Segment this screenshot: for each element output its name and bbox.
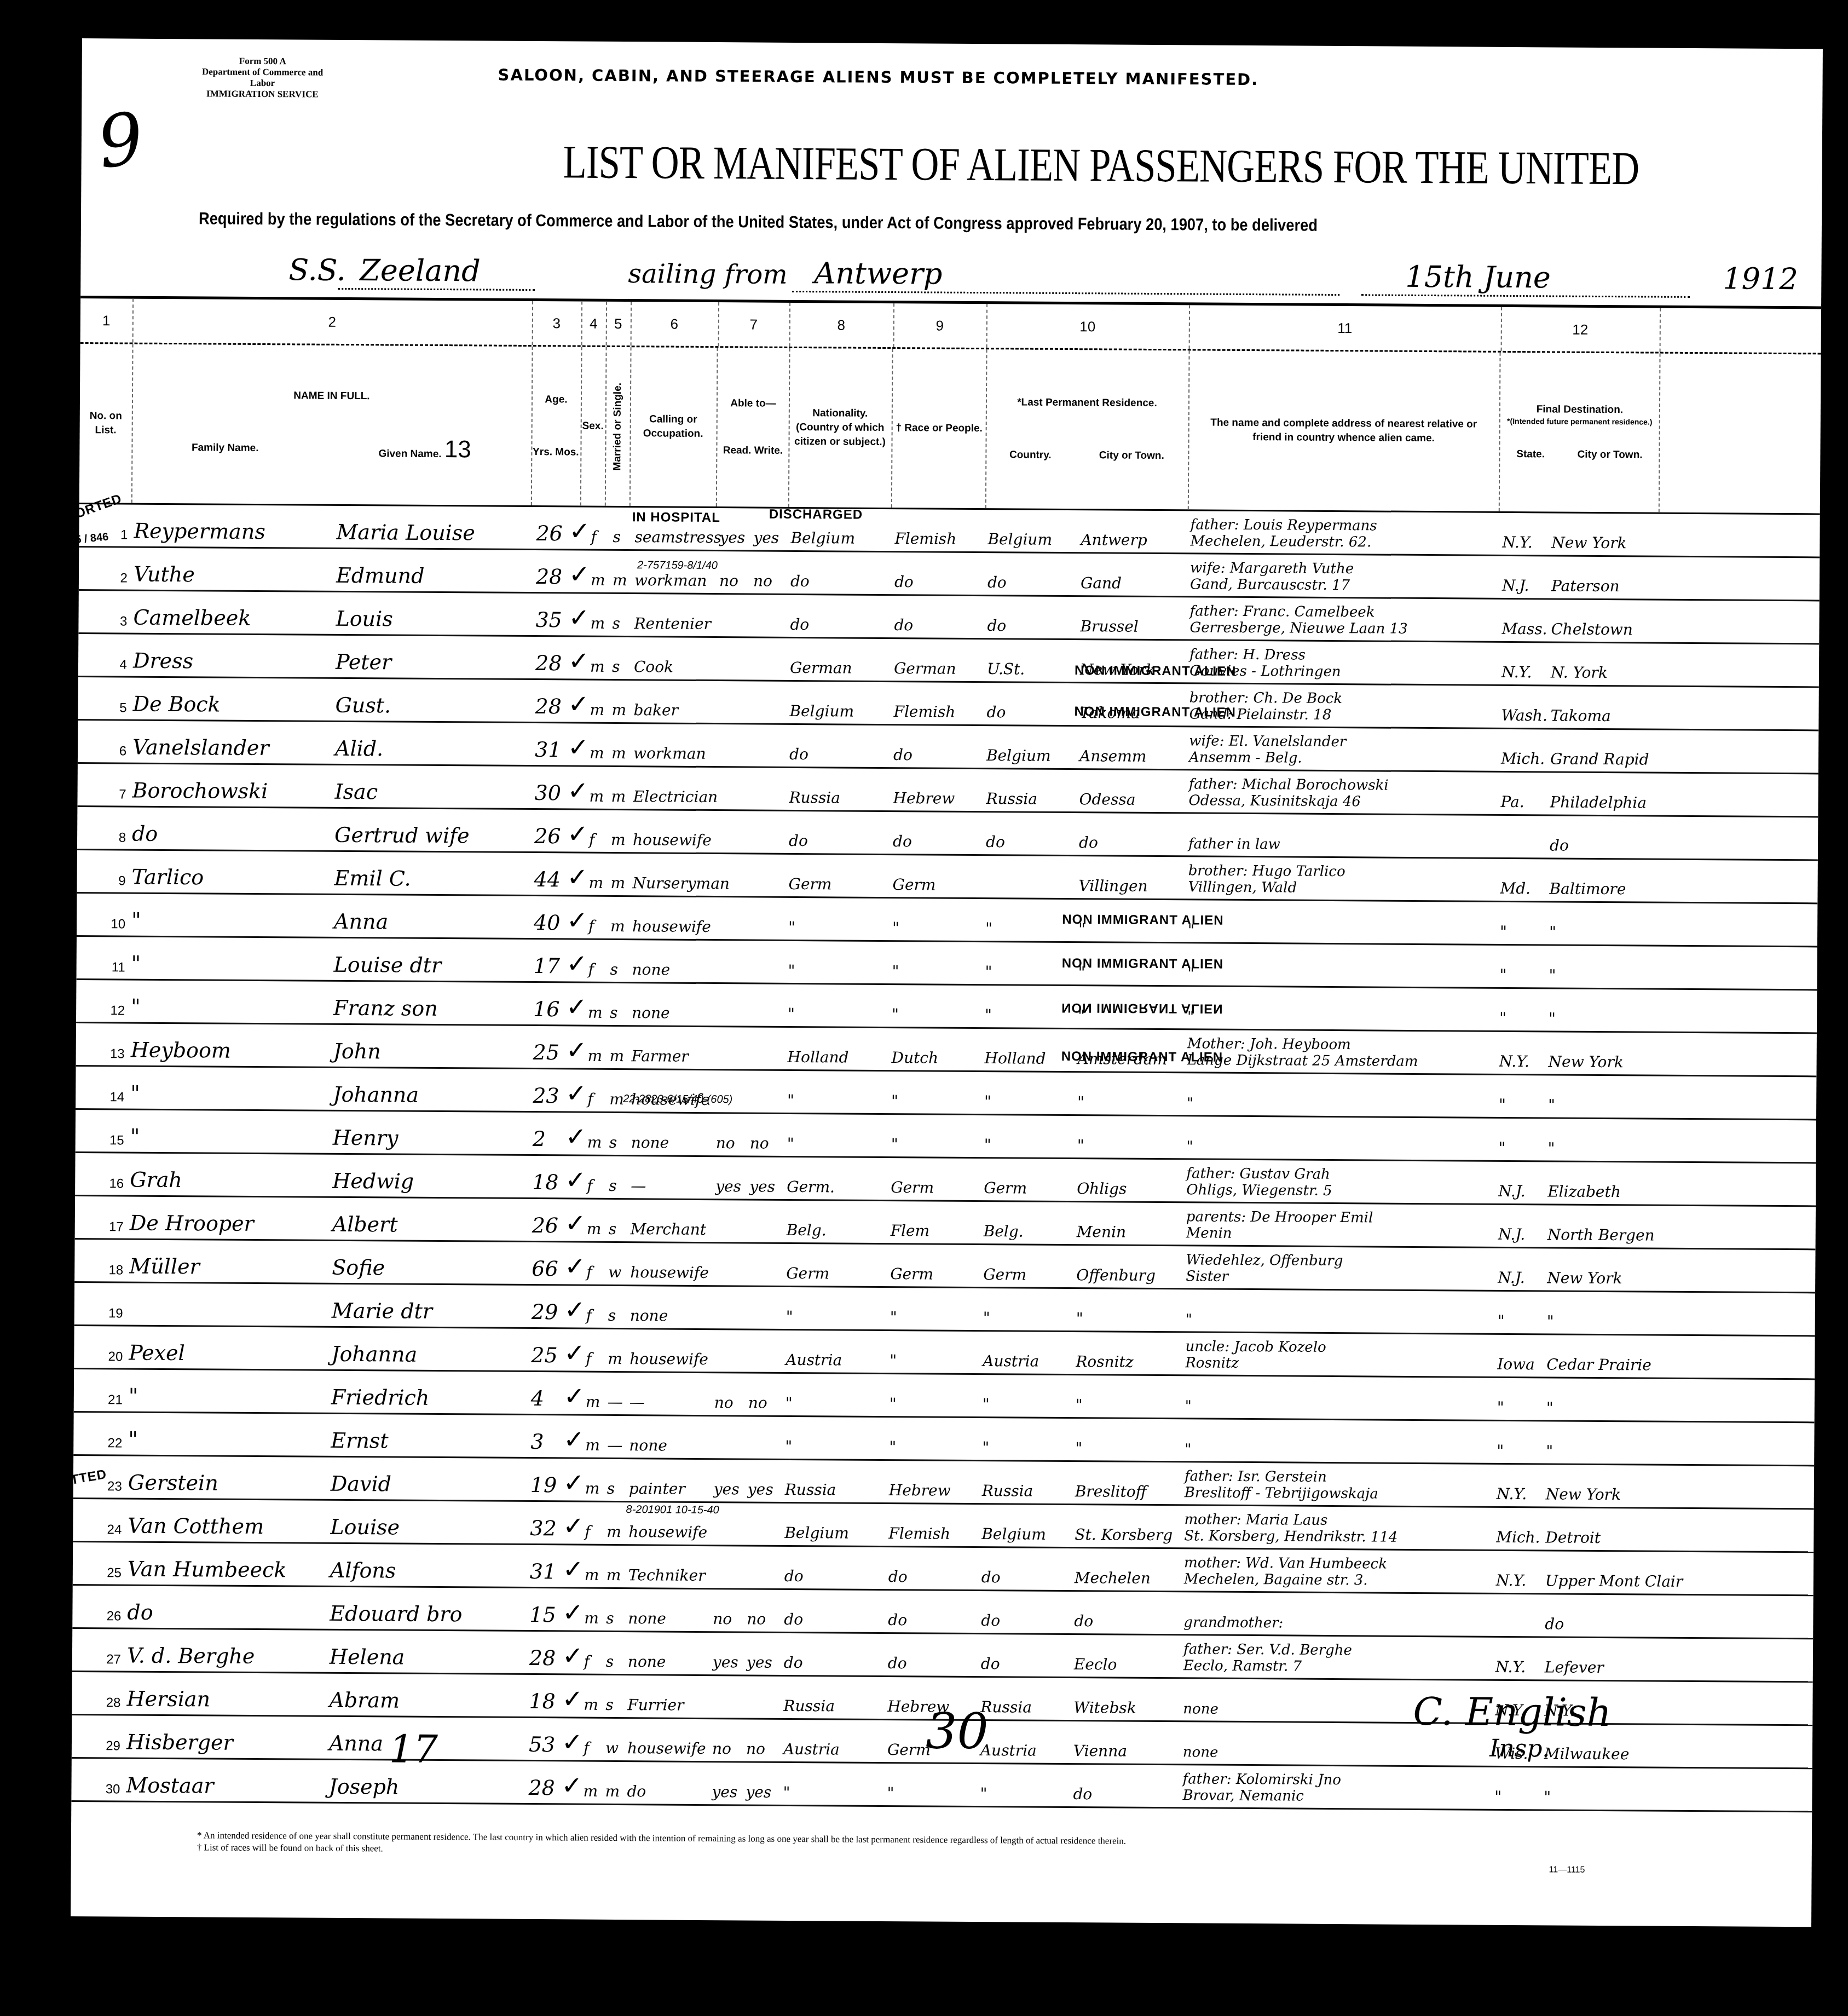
destination-city: do: [1550, 816, 1659, 858]
checkmark-icon: ✓: [565, 1113, 587, 1154]
given-name: Albert: [332, 1198, 524, 1241]
destination-state: Mich.: [1496, 1508, 1540, 1550]
destination-state: ": [1499, 1119, 1543, 1160]
can-read: [714, 1416, 747, 1458]
race: Flemish: [888, 1504, 979, 1546]
residence-country: Belgium: [986, 726, 1079, 768]
col-num: 5: [606, 302, 632, 345]
residence-country: Belgium: [981, 1505, 1075, 1547]
marital-status: —: [608, 1373, 627, 1414]
sex: m: [590, 637, 609, 679]
row-number: 13: [76, 1023, 128, 1065]
can-write: [753, 638, 786, 680]
row-number: 4: [78, 634, 130, 676]
checkmark-icon: ✓: [563, 1502, 585, 1543]
nearest-relative: ": [1185, 1376, 1494, 1419]
passenger-rows: 1 Reypermans Maria Louise 26 ✓ f s seams…: [71, 504, 1820, 1812]
header-married-single: Married or Single.: [605, 347, 632, 506]
nearest-relative: father: Gustav GrahOhligs, Wiegenstr. 5: [1186, 1160, 1495, 1203]
can-read: [715, 1287, 748, 1328]
marital-status: m: [605, 1762, 624, 1804]
row-number: 30: [71, 1759, 123, 1801]
residence-city: ": [1076, 1375, 1182, 1418]
destination-city: New York: [1551, 513, 1661, 555]
relative-line: father: Ser. V.d. Berghe: [1183, 1641, 1352, 1658]
checkmark-icon: ✓: [565, 1069, 587, 1111]
nationality: Germ.: [787, 1157, 888, 1200]
family-name: Grah: [130, 1154, 327, 1196]
relative-line: mother: Wd. Van Humbeeck: [1184, 1554, 1387, 1572]
residence-country: Belgium: [987, 510, 1081, 552]
can-write: [753, 595, 786, 637]
destination-city: Lefever: [1545, 1638, 1654, 1680]
discharged-stamp: DISCHARGED: [769, 507, 863, 523]
race: ": [892, 985, 982, 1027]
destination-state: N.J.: [1502, 556, 1546, 598]
race: ": [892, 898, 983, 941]
sex: f: [588, 940, 607, 982]
given-name: Isac: [334, 765, 526, 808]
residence-city: ": [1077, 1116, 1184, 1158]
destination-city: ": [1544, 1767, 1653, 1810]
destination-state: Wash.: [1501, 686, 1545, 728]
can-write: [752, 768, 784, 810]
can-read: yes: [712, 1762, 744, 1804]
checkmark-icon: ✓: [569, 507, 591, 549]
residence-country: Germ: [984, 1159, 1077, 1201]
sex: m: [585, 1416, 604, 1458]
relative-line: Villingen, Wald: [1188, 879, 1297, 896]
row-number: 19: [74, 1283, 126, 1325]
destination-city: ": [1548, 1119, 1658, 1161]
destination-city: Takoma: [1550, 686, 1660, 728]
sex: m: [585, 1459, 604, 1501]
given-name: Gertrud wife: [334, 809, 526, 851]
destination-city: Cedar Prairie: [1546, 1335, 1656, 1377]
nationality: Belgium: [789, 682, 891, 724]
destination-state: ": [1499, 1075, 1543, 1117]
residence-city: Ohligs: [1077, 1159, 1183, 1201]
department-name: Department of Commerce and Labor: [191, 66, 333, 89]
destination-state: N.J.: [1498, 1205, 1542, 1247]
occupation: —: [630, 1373, 712, 1415]
checkmark-icon: ✓: [562, 1718, 584, 1760]
relative-line: Eeclo, Ramstr. 7: [1183, 1657, 1302, 1674]
race: ": [891, 1115, 981, 1157]
destination-city: ": [1546, 1378, 1656, 1420]
nationality: Germ: [786, 1244, 887, 1286]
race: ": [889, 1418, 979, 1460]
occupation: do: [627, 1762, 709, 1804]
sex: f: [591, 508, 610, 549]
can-read: no: [712, 1719, 745, 1761]
sex: m: [588, 854, 608, 895]
non-immigrant-stamp: NON IMMIGRANT ALIEN: [1062, 956, 1224, 972]
can-write: [747, 1503, 780, 1545]
residence-city: Odessa: [1079, 770, 1186, 812]
row-number: 6: [78, 721, 130, 763]
family-name: [129, 1283, 326, 1326]
marital-status: s: [608, 1286, 627, 1328]
occupation: none: [628, 1589, 710, 1631]
family-name: Van Cotthem: [128, 1500, 325, 1542]
sex: m: [586, 1373, 605, 1414]
sex: f: [588, 897, 608, 938]
marital-status: s: [609, 1200, 628, 1241]
relative-line: ": [1187, 1138, 1193, 1155]
race: Flemish: [893, 682, 984, 724]
sex: m: [590, 681, 609, 722]
nearest-relative: father: Louis ReypermansMechelen, Leuder…: [1190, 511, 1499, 554]
relative-line: Menin: [1186, 1225, 1232, 1242]
checkmark-icon: ✓: [563, 1459, 585, 1500]
destination-state: ": [1499, 946, 1543, 987]
family-name: do: [127, 1586, 324, 1629]
inspector-signature: C. English Insp.: [1413, 1689, 1612, 1763]
header-no-on-list: No. on List.: [79, 344, 134, 503]
relative-line: wife: Margareth Vuthe: [1190, 560, 1354, 577]
marital-status: m: [611, 724, 631, 765]
residence-country: do: [981, 1548, 1075, 1590]
residence-country: do: [986, 683, 1079, 725]
date-rule: [1361, 294, 1690, 298]
row-number: 10: [77, 894, 129, 936]
residence-city: Gand: [1081, 554, 1187, 596]
form-number: Form 500 A: [192, 55, 334, 67]
can-write: [750, 941, 783, 982]
destination-state: Md.: [1500, 859, 1544, 901]
destination-state: N.Y.: [1499, 1032, 1543, 1074]
marital-status: m: [611, 767, 630, 809]
non-immigrant-stamp: NON IMMIGRANT ALIEN: [1062, 912, 1224, 929]
row-number: 18: [74, 1240, 126, 1282]
residence-country: [985, 856, 1078, 898]
marital-status: s: [610, 983, 629, 1025]
row-number: 28: [72, 1672, 124, 1714]
family-name: Vanelslander: [132, 721, 330, 764]
destination-state: ": [1499, 989, 1543, 1030]
can-read: [718, 768, 750, 809]
can-read: [717, 854, 750, 896]
can-write: [752, 682, 785, 723]
checkmark-icon: ✓: [562, 1675, 584, 1717]
checkmark-icon: ✓: [562, 1588, 584, 1630]
given-name: Peter: [336, 636, 527, 678]
checkmark-icon: ✓: [567, 767, 589, 808]
can-write: [750, 1070, 783, 1112]
can-read: [715, 1200, 748, 1242]
destination-city: do: [1545, 1594, 1654, 1637]
residence-city: Antwerp: [1081, 510, 1187, 552]
sheet-number: 9: [93, 96, 148, 185]
marital-status: s: [612, 637, 631, 679]
marital-status: m: [613, 551, 632, 592]
sex: m: [588, 1027, 607, 1068]
given-name: Gust.: [335, 679, 527, 722]
destination-state: N.Y.: [1502, 513, 1546, 555]
checkmark-icon: ✓: [568, 723, 590, 765]
row-number: 14: [76, 1067, 128, 1109]
marital-status: s: [606, 1632, 625, 1674]
row-number: 3: [78, 591, 130, 633]
residence-country: ": [983, 1288, 1076, 1330]
destination-state: [1495, 1594, 1539, 1636]
marital-status: s: [613, 508, 632, 549]
can-read: no: [714, 1373, 747, 1415]
destination-city: Baltimore: [1549, 859, 1659, 901]
destination-state: ": [1494, 1767, 1538, 1809]
checkmark-icon: ✓: [563, 1415, 585, 1457]
row-number: 26: [72, 1586, 124, 1628]
residence-city: ": [1077, 1073, 1184, 1115]
checkmark-icon: ✓: [564, 1329, 586, 1370]
destination-state: N.J.: [1498, 1248, 1541, 1290]
relative-line: father: Franc. Camelbeek: [1190, 603, 1375, 620]
row-number: 25: [73, 1542, 125, 1585]
residence-country: ": [983, 1375, 1076, 1417]
certificate-note: 22-2823-6/15/40-(605): [623, 1093, 732, 1106]
destination-city: Philadelphia: [1550, 773, 1659, 815]
given-name: Johanna: [333, 1068, 524, 1111]
checkmark-icon: ✓: [566, 983, 588, 1024]
relative-line: Breslitoff - Tebrijigowskaja: [1185, 1484, 1378, 1502]
family-name: ": [131, 894, 328, 937]
can-write: [749, 1200, 782, 1242]
given-name: Hedwig: [332, 1155, 524, 1197]
sex: m: [583, 1762, 602, 1804]
manifest-banner: SALOON, CABIN, AND STEERAGE ALIENS MUST …: [498, 66, 1259, 89]
relative-line: brother: Hugo Tarlico: [1188, 862, 1345, 880]
family-name: Borochowski: [132, 764, 329, 807]
destination-state: [1500, 816, 1544, 857]
residence-city: Brussel: [1080, 597, 1187, 639]
can-write: no: [746, 1719, 779, 1761]
occupation: Furrier: [627, 1675, 709, 1718]
relative-line: uncle: Jacob Kozelo: [1185, 1338, 1326, 1356]
non-immigrant-stamp: NON IMMIGRANT ALIEN: [1061, 1049, 1223, 1065]
destination-city: New York: [1547, 1248, 1656, 1291]
checkmark-icon: ✓: [564, 1372, 586, 1414]
nearest-relative: ": [1187, 943, 1497, 987]
sex: m: [589, 767, 608, 809]
destination-city: ": [1549, 902, 1659, 944]
residence-country: Austria: [980, 1721, 1073, 1763]
occupation: none: [630, 1286, 712, 1328]
given-name: Louise dtr: [334, 938, 525, 981]
residence-city: do: [1073, 1765, 1180, 1807]
can-read: [718, 724, 751, 766]
nearest-relative: wife: El. VanelslanderAnsemm - Belg.: [1189, 727, 1498, 770]
checkmark-icon: ✓: [563, 1545, 585, 1587]
marital-status: s: [606, 1589, 625, 1631]
race: do: [888, 1634, 978, 1676]
nationality: ": [788, 984, 889, 1027]
relative-line: brother: Ch. De Bock: [1189, 689, 1343, 707]
header-race: † Race or People.: [892, 349, 987, 508]
checkmark-icon: ✓: [565, 1199, 587, 1241]
occupation: housewife: [627, 1719, 709, 1761]
family-name: V. d. Berghe: [127, 1629, 324, 1672]
family-name: Hersian: [126, 1673, 324, 1715]
checkmark-icon: ✓: [565, 1156, 587, 1197]
nearest-relative: ": [1187, 1116, 1496, 1160]
sex: m: [588, 983, 607, 1025]
marital-status: m: [607, 1502, 626, 1544]
nationality: Germ: [788, 855, 890, 897]
given-name: Edmund: [336, 549, 528, 592]
checkmark-icon: ✓: [564, 1286, 586, 1327]
race: do: [893, 725, 984, 768]
relative-line: Ohligs, Wiegenstr. 5: [1186, 1182, 1332, 1199]
residence-city: Menin: [1077, 1202, 1183, 1245]
race: do: [894, 552, 985, 595]
row-number: 29: [72, 1715, 124, 1758]
can-read: [714, 1330, 747, 1372]
header-relative: The name and complete address of nearest…: [1188, 350, 1501, 511]
marital-status: w: [605, 1719, 625, 1760]
footnotes: * An intended residence of one year shal…: [197, 1829, 1126, 1859]
header-able-to: Able to— Read. Write.: [717, 348, 790, 507]
family-name: ": [129, 1370, 326, 1413]
destination-city: North Bergen: [1547, 1205, 1657, 1247]
relative-line: father: H. Dress: [1189, 646, 1306, 663]
destination-city: Paterson: [1551, 556, 1661, 598]
can-write: [749, 1287, 782, 1328]
nearest-relative: ": [1185, 1419, 1494, 1462]
race: Hebrew: [889, 1461, 979, 1503]
col-num: 6: [631, 302, 719, 346]
nationality: do: [790, 595, 891, 637]
row-number: 12: [76, 980, 128, 1022]
race: ": [891, 1072, 981, 1114]
residence-city: Mechelen: [1075, 1548, 1181, 1591]
destination-city: Grand Rapid: [1550, 729, 1660, 771]
can-read: [719, 595, 752, 636]
residence-city: St. Korsberg: [1075, 1505, 1181, 1547]
can-write: no: [747, 1589, 779, 1631]
nationality: ": [788, 898, 890, 940]
can-write: [751, 854, 784, 896]
marital-status: m: [611, 810, 630, 852]
row-number: 22: [73, 1413, 125, 1455]
sex: m: [591, 551, 610, 592]
can-write: [751, 897, 784, 939]
relative-line: father: Michal Borochowski: [1189, 776, 1389, 793]
occupation: Electrician: [633, 767, 715, 809]
race: do: [888, 1591, 978, 1633]
marital-status: s: [607, 1459, 626, 1501]
relative-line: Gerresberge, Nieuwe Laan 13: [1189, 619, 1407, 637]
sex: f: [587, 1156, 606, 1198]
can-write: [746, 1676, 779, 1718]
race: do: [894, 596, 984, 638]
race: ": [892, 942, 982, 984]
marital-status: m: [608, 1329, 627, 1371]
nationality: do: [789, 811, 890, 854]
race: ": [890, 1288, 980, 1330]
marital-status: m: [607, 1546, 626, 1587]
occupation: none: [629, 1416, 711, 1458]
destination-state: N.Y.: [1496, 1551, 1540, 1593]
occupation: Merchant: [631, 1200, 713, 1242]
race: Germ: [892, 855, 983, 897]
can-write: no: [748, 1373, 781, 1415]
relative-line: father: Isr. Gerstein: [1185, 1468, 1327, 1485]
ship-rule: [338, 288, 535, 291]
non-immigrant-stamp: NON IMMIGRANT ALIEN: [1061, 1000, 1223, 1016]
marital-status: s: [609, 1113, 628, 1155]
family-name: Pexel: [129, 1327, 326, 1369]
nationality: do: [784, 1633, 885, 1675]
sex: f: [586, 1243, 605, 1285]
given-name: David: [331, 1458, 522, 1500]
relative-line: wife: El. Vanelslander: [1189, 733, 1346, 750]
residence-country: Russia: [986, 769, 1079, 811]
checkmark-icon: ✓: [562, 1632, 584, 1673]
given-name: Sofie: [332, 1241, 523, 1284]
residence-country: do: [987, 553, 1081, 595]
marital-status: m: [610, 897, 630, 938]
family-name: De Bock: [132, 678, 330, 721]
non-immigrant-stamp: NON IMMIGRANT ALIEN: [1075, 663, 1237, 679]
row-number: 5: [78, 677, 130, 719]
destination-city: New York: [1548, 1032, 1658, 1074]
ship-line: S.S. Zeeland sailing from Antwerp 15th J…: [288, 247, 1810, 301]
given-name: Friedrich: [331, 1371, 523, 1414]
destination-city: ": [1549, 946, 1658, 988]
header-given-name: Given Name. 13: [378, 442, 471, 462]
nearest-relative: mother: Wd. Van HumbeeckMechelen, Bagain…: [1184, 1549, 1493, 1592]
residence-city: Eeclo: [1074, 1635, 1181, 1677]
destination-city: ": [1549, 989, 1658, 1031]
destination-city: ": [1546, 1421, 1655, 1464]
nearest-relative: father: Franc. CamelbeekGerresberge, Nie…: [1189, 597, 1499, 641]
manifest-table: 1 2 3 4 5 6 7 8 9 10 11 12 No. on List. …: [71, 296, 1821, 1812]
nationality: ": [787, 1114, 888, 1156]
list-count: 13: [444, 436, 471, 463]
residence-city: do: [1074, 1592, 1181, 1634]
can-read: [715, 1243, 748, 1285]
can-read: yes: [714, 1460, 747, 1501]
checkmark-icon: ✓: [564, 1242, 586, 1284]
nearest-relative: mother: Maria LausSt. Korsberg, Hendriks…: [1184, 1506, 1493, 1549]
race: Germ: [890, 1245, 980, 1287]
nearest-relative: uncle: Jacob KozeloRosnitz: [1185, 1333, 1494, 1376]
destination-city: New York: [1546, 1465, 1655, 1507]
nationality: ": [788, 941, 889, 983]
relative-line: St. Korsberg, Hendrikstr. 114: [1184, 1528, 1397, 1545]
relative-line: father: Louis Reypermans: [1191, 516, 1377, 534]
can-write: no: [750, 1114, 783, 1155]
residence-city: Vienna: [1073, 1721, 1180, 1764]
can-write: [748, 1416, 781, 1458]
destination-state: ": [1497, 1421, 1540, 1463]
destination-state: Pa.: [1500, 773, 1544, 814]
nationality: Holland: [788, 1028, 889, 1070]
can-write: [750, 1027, 783, 1069]
header-family-name: Family Name.: [192, 441, 259, 460]
header-age: Age.Yrs. Mos.: [531, 347, 582, 506]
can-read: yes: [713, 1633, 746, 1674]
sex: f: [585, 1502, 604, 1544]
col-num: 3: [532, 301, 582, 345]
residence-country: ": [984, 1115, 1077, 1157]
row-number: 21: [74, 1369, 126, 1412]
residence-city: Villingen: [1078, 856, 1185, 898]
manifest-page: Form 500 A Department of Commerce and La…: [71, 38, 1823, 1927]
can-read: [717, 984, 749, 1026]
marital-status: m: [611, 681, 631, 722]
